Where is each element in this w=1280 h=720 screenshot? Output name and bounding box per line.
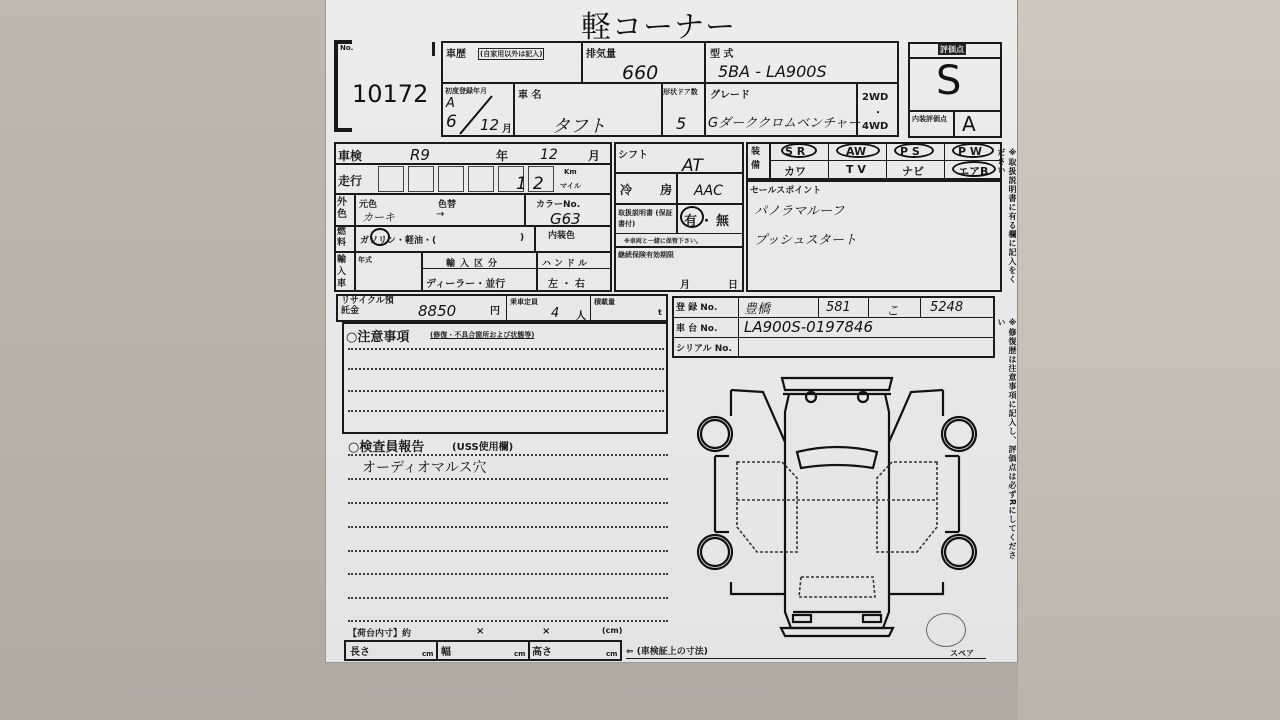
background-right [1018,0,1280,720]
equip-airbag-circle [952,161,996,177]
fuel-close-paren: ) [520,233,524,243]
equip-aw-circle [836,143,880,158]
import-year-label: 年式 [358,255,372,265]
inspection-year: R9 [410,146,430,164]
score-label: 評価点 [938,44,966,55]
inspection-label: 車検 [338,147,362,164]
serial-label: シリアル No. [676,341,732,354]
shift-label: シフト [618,146,648,161]
dim-height-label: 高さ [532,643,552,658]
warranty-month-unit: 月 [680,276,690,291]
spare-tire-circle [926,613,966,647]
handle-label: ハンドル [542,256,590,269]
cargo-x1: × [476,626,484,637]
sales-point-1: パノラマルーフ [754,200,844,219]
shift-value: AT [682,156,703,176]
original-color-value: カーキ [362,209,395,225]
drive-separator: ・ [873,104,883,119]
import-label: 輸入車 [337,254,351,290]
import-category-options: ディーラー・並行 [426,275,505,290]
warranty-label: 継続保険有効期限 [618,250,674,260]
equip-navi: ナビ [902,163,924,179]
equip-ps-circle [894,143,934,158]
fuel-label: 燃料 [337,227,351,249]
inspection-year-unit: 年 [496,147,508,164]
dim-length-label: 長さ [350,643,370,658]
manual-label: 取扱説明書 (保証書付) [618,208,674,230]
displacement-value: 660 [622,62,658,84]
manual-note: ※車両と一緒に保管下さい。 [624,236,702,245]
registration-number: 5248 [930,300,963,315]
month-unit: 月 [502,120,512,135]
inspector-report-text: オーディオマルス穴 [362,457,486,477]
equip-leather: カワ [784,163,806,179]
interior-score-value: A [962,112,976,136]
dim-length-unit: cm [422,650,433,658]
capacity-unit: 人 [576,307,586,322]
mileage-digit-boxes [378,166,582,192]
manual-selected-circle [680,206,704,228]
spare-label: スペア [950,648,974,659]
interior-color-label: 内装色 [548,228,575,241]
warranty-day-unit: 日 [728,276,738,291]
mileage-unit-mile: マイル [560,181,581,191]
car-name-label: 車 名 [518,86,541,101]
mileage-unit-km: Km [564,168,577,176]
side-note-1: ※取扱説明書に有る欄に記入をください [1006,148,1018,288]
exterior-color-label: 外色 [337,197,351,221]
import-category-label: 輸入区分 [446,256,502,269]
registration-region: 豊橋 [744,298,770,317]
score-value: S [936,58,961,104]
grade-value: Gダーククロムベンチャー [708,112,861,131]
inspection-month-unit: 月 [588,147,600,164]
load-unit: t [658,308,662,317]
registration-class: 581 [826,300,851,315]
recycle-label: リサイクル預託金 [341,296,401,316]
load-label: 積載量 [594,297,615,307]
equip-tv: T V [846,163,866,176]
history-label: 車歴 [446,45,466,60]
car-damage-diagram [692,372,992,642]
notes-label: ○注意事項 [346,326,409,345]
dim-height-unit: cm [606,650,617,658]
cargo-label: 【荷台内寸】約 [348,626,411,639]
equipment-label: 装備 [751,145,765,173]
history-note: (自家用以外は記入) [478,48,544,60]
dim-width-unit: cm [514,650,525,658]
ac-label: 冷 房 [620,181,684,198]
grade-label: グレード [710,86,750,101]
changed-color-value: → [436,209,444,220]
cargo-x2: × [542,626,550,637]
color-code-value: G63 [550,210,581,228]
dimensions-note-text: (車検証上の寸法) [637,647,708,657]
registration-kana: こ [886,300,899,319]
capacity-label: 乗車定員 [510,297,538,307]
doors-label: 形状ドア数 [663,87,698,97]
dim-width-label: 幅 [441,643,451,658]
drive-2wd: 2WD [862,92,888,103]
recycle-unit: 円 [490,302,500,317]
auction-sheet: 軽コーナー No. 10172 車歴 (自家用以外は記入) 排気量 660 型 … [325,0,1018,663]
doors-value: 5 [676,114,686,133]
ac-value: AAC [694,183,723,199]
displacement-label: 排気量 [586,45,616,60]
model-code-label: 型 式 [710,45,733,60]
sheet-title: 軽コーナー [581,2,736,46]
color-code-label: カラーNo. [536,197,580,210]
lot-number-label: No. [340,44,353,52]
capacity-value: 4 [551,306,559,321]
side-note-2: ※修復歴は注意事項に記入し、評価点は必ずRにしてください [1006,318,1018,568]
cargo-unit: (cm) [602,626,622,635]
lot-number-box: No. 10172 [334,40,434,132]
first-registration-month: 12 [480,116,499,134]
notes-sub: (修復・不具合箇所および状態等) [430,330,534,340]
lot-number: 10172 [352,80,428,108]
car-name-value: タフト [552,112,606,138]
equip-pw-circle [952,143,994,158]
drive-4wd: 4WD [862,121,888,132]
inspector-report-label: ○検査員報告 [348,436,424,455]
handle-options: 左 ・ 右 [548,275,585,290]
chassis-label: 車 台 No. [676,321,717,334]
mileage-label: 走行 [338,172,362,189]
registration-label: 登 録 No. [676,300,717,313]
sales-points-label: セールスポイント [750,183,821,196]
interior-score-label: 内装評価点 [912,114,950,124]
chassis-value: LA900S-0197846 [744,318,873,336]
recycle-value: 8850 [418,302,456,320]
equip-sr-circle [781,143,817,158]
sales-point-2: プッシュスタート [754,229,857,248]
inspector-report-sub: (USS使用欄) [452,438,513,453]
inspection-month: 12 [540,147,558,163]
model-code-value: 5BA - LA900S [718,62,827,81]
mileage-value: 12 [516,174,550,194]
dimensions-note: ⇐ (車検証上の寸法) [626,644,708,657]
dimensions-block [344,640,622,661]
fuel-selected-circle [370,228,390,246]
